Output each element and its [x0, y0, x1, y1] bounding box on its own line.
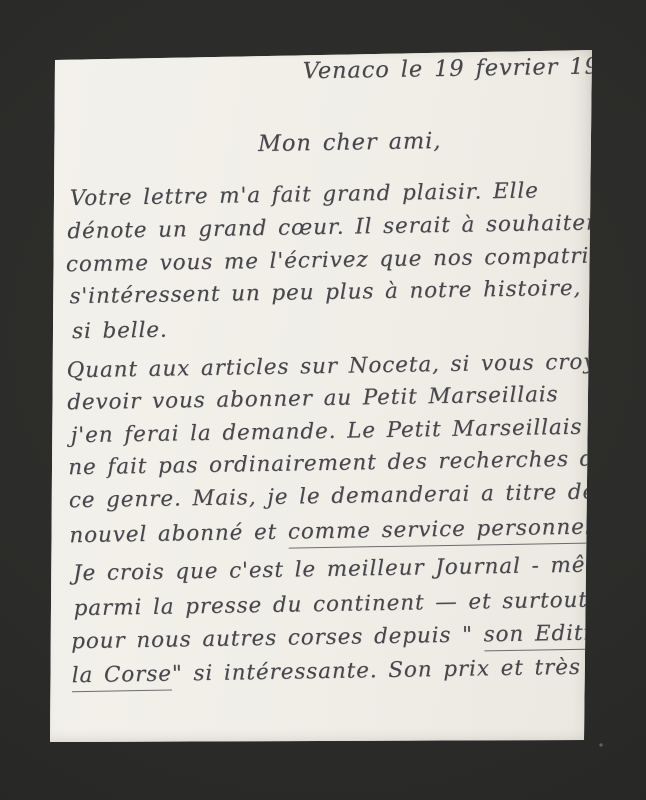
letter-line: si belle.	[72, 320, 168, 343]
letter-line: j'en ferai la demande. Le Petit Marseill…	[71, 417, 583, 447]
underlined-text: la Corse	[72, 662, 173, 692]
letter-line: parmi la presse du continent — et surtou…	[73, 590, 588, 620]
line-text: j'en ferai la demande. Le Petit Marseill…	[71, 415, 583, 448]
letter-line: la Corse" si intéressante. Son prix et t…	[72, 657, 581, 687]
letter-line: pour nous autres corses depuis " son Edi…	[71, 621, 646, 652]
underlined-text: son Edition de	[483, 619, 646, 650]
underlined-text: comme service personnel	[288, 515, 593, 549]
letter-line: Votre lettre m'a fait grand plaisir. Ell…	[70, 180, 539, 209]
salutation-text: Mon cher ami,	[258, 128, 442, 157]
line-text: Votre lettre m'a fait grand plaisir. Ell…	[70, 178, 539, 211]
date-text: Venaco le 19 fevrier 1924	[303, 53, 631, 84]
photo-background: Venaco le 19 fevrier 1924 Mon cher ami, …	[0, 0, 646, 800]
line-text: dénote un grand cœur. Il serait à souhai…	[67, 210, 597, 244]
letter-line: dénote un grand cœur. Il serait à souhai…	[67, 212, 597, 242]
letter-page: Venaco le 19 fevrier 1924 Mon cher ami, …	[50, 48, 594, 744]
date-line: Venaco le 19 fevrier 1924	[303, 55, 631, 83]
line-text: s'intéressent un peu plus à notre histoi…	[69, 276, 581, 309]
letter-line: devoir vous abonner au Petit Marseillais	[67, 384, 559, 414]
letter-line: s'intéressent un peu plus à notre histoi…	[69, 278, 581, 308]
letter-line: nouvel abonné et comme service personnel	[69, 517, 593, 547]
line-text: Je crois que c'est le meilleur Journal -…	[73, 552, 621, 586]
letter-line: comme vous me l'écrivez que nos compatri…	[66, 245, 639, 276]
line-text: comme vous me l'écrivez que nos compatri…	[66, 243, 639, 277]
line-text: parmi la presse du continent — et surtou…	[73, 588, 588, 622]
line-text: ne fait pas ordinairement des recherches…	[68, 446, 608, 480]
line-text: " si intéressante. Son prix et très	[172, 655, 581, 687]
line-text: pour nous autres corses depuis "	[71, 622, 484, 654]
line-text: ce genre. Mais, je le demanderai a titre…	[69, 480, 597, 514]
letter-line: ne fait pas ordinairement des recherches…	[68, 448, 608, 478]
letter-line: ce genre. Mais, je le demanderai a titre…	[69, 481, 597, 511]
line-text: Quant aux articles sur Noceta, si vous c…	[66, 349, 622, 383]
handwriting-layer: Venaco le 19 fevrier 1924 Mon cher ami, …	[49, 39, 604, 744]
line-text: devoir vous abonner au Petit Marseillais	[67, 382, 559, 415]
letter-line: Je crois que c'est le meilleur Journal -…	[73, 554, 621, 585]
letter-line: Quant aux articles sur Noceta, si vous c…	[67, 351, 623, 382]
line-text: si belle.	[72, 318, 168, 345]
salutation-line: Mon cher ami,	[258, 130, 442, 156]
line-text: nouvel abonné et	[69, 520, 288, 549]
